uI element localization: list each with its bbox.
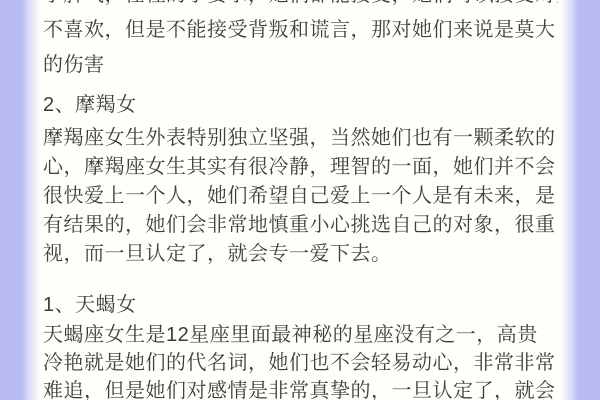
text-line: 难追，但是她们对感情是非常真挚的，一旦认定了，就会 (43, 377, 558, 400)
text-line: 小脾气，任性的小要求，她们都能接受，她们可以接受对方的 (43, 0, 558, 13)
text-line: 不喜欢，但是不能接受背叛和谎言，那对她们来说是莫大 (43, 13, 558, 48)
text-line: 摩羯座女生外表特别独立坚强，当然她们也有一颗柔软的 (43, 124, 558, 153)
article-page: 小脾气，任性的小要求，她们都能接受，她们可以接受对方的不喜欢，但是不能接受背叛和… (0, 0, 600, 400)
text-line: 很快爱上一个人，她们希望自己爱上一个人是有未来，是 (43, 182, 558, 211)
text-line: 心，摩羯座女生其实有很冷静，理智的一面，她们并不会 (43, 153, 558, 182)
text-line: 天蝎座女生是12星座里面最神秘的星座没有之一，高贵 (43, 321, 558, 349)
left-border-decoration (0, 0, 42, 400)
paragraph: 小脾气，任性的小要求，她们都能接受，她们可以接受对方的不喜欢，但是不能接受背叛和… (43, 0, 558, 83)
article-content: 小脾气，任性的小要求，她们都能接受，她们可以接受对方的不喜欢，但是不能接受背叛和… (43, 0, 558, 400)
paragraph: 天蝎座女生是12星座里面最神秘的星座没有之一，高贵冷艳就是她们的代名词，她们也不… (43, 321, 558, 400)
text-line: 视，而一旦认定了，就会专一爱下去。 (43, 240, 558, 269)
right-border-decoration (558, 0, 600, 400)
section-heading: 1、天蝎女 (43, 291, 558, 320)
paragraph: 摩羯座女生外表特别独立坚强，当然她们也有一颗柔软的心，摩羯座女生其实有很冷静，理… (43, 124, 558, 269)
text-line: 冷艳就是她们的代名词，她们也不会轻易动心，非常非常 (43, 349, 558, 377)
section-heading: 2、摩羯女 (43, 91, 558, 120)
text-line: 有结果的，她们会非常地慎重小心挑选自己的对象，很重 (43, 211, 558, 240)
text-line: 的伤害 (43, 48, 558, 83)
